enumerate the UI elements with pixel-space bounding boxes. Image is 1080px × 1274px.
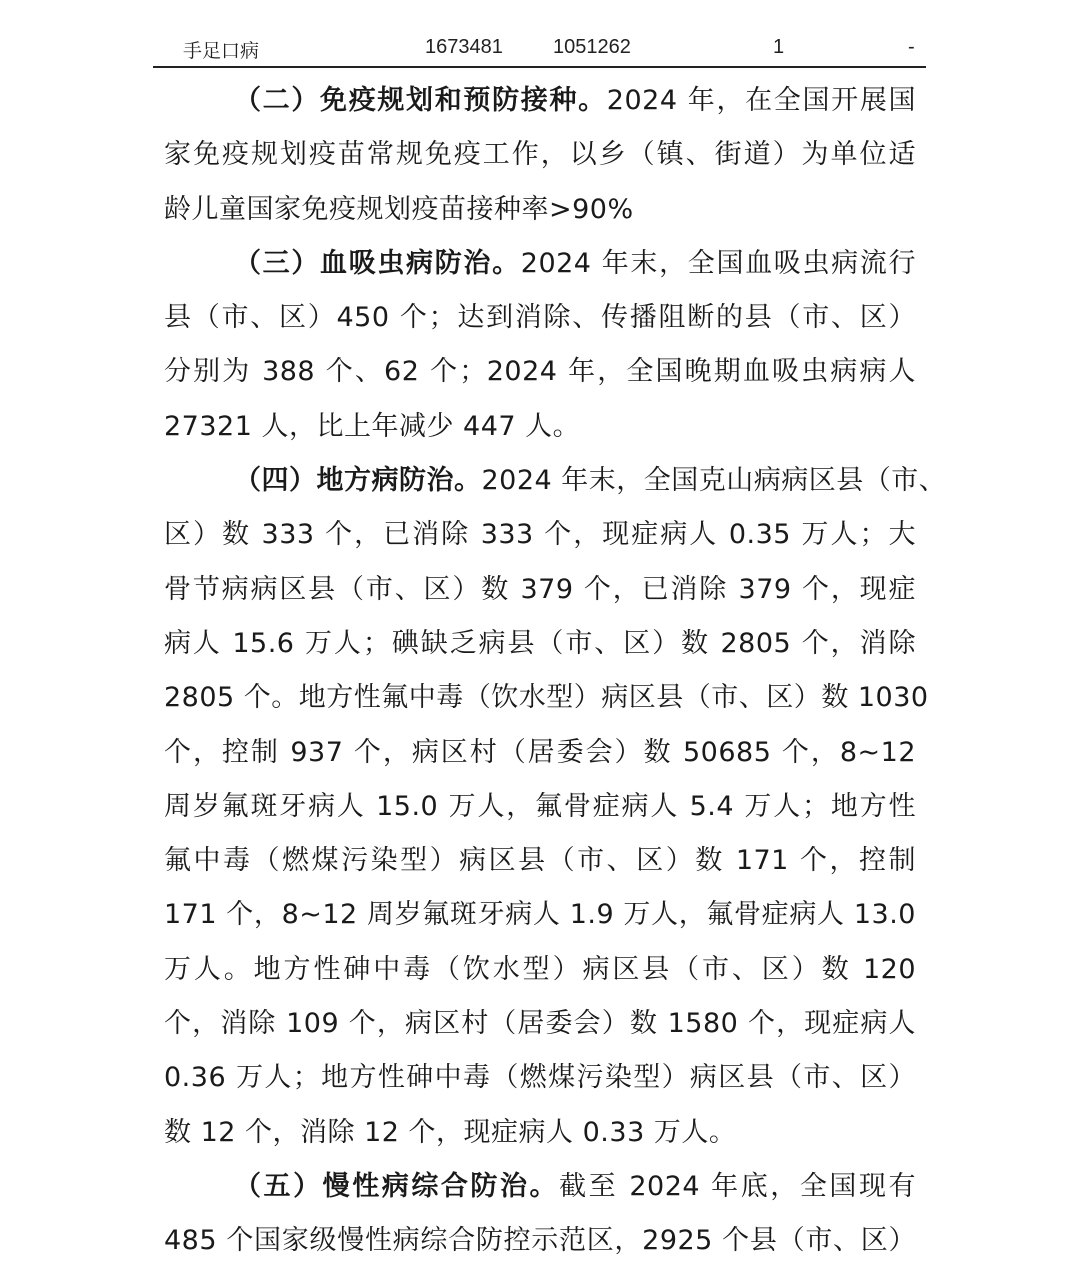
section-heading-immunization: （二）免疫规划和预防接种。 [234, 85, 607, 116]
section-chronic-line-2: 485 个国家级慢性病综合防控示范区，2925 个县（市、区） [164, 1218, 916, 1272]
value-cell-1: 1673481 [425, 36, 503, 59]
section-endemic-line-2: 区）数 333 个，已消除 333 个，现症病人 0.35 万人；大 [164, 512, 916, 566]
section-endemic-line-10: 万人。地方性砷中毒（饮水型）病区县（市、区）数 120 [164, 947, 916, 1001]
section-schistosomiasis-line-2: 县（市、区）450 个；达到消除、传播阻断的县（市、区） [164, 295, 916, 349]
section-schistosomiasis-line-3: 分别为 388 个、62 个；2024 年，全国晚期血吸虫病病人 [164, 349, 916, 403]
section-endemic-line-7: 周岁氟斑牙病人 15.0 万人，氟骨症病人 5.4 万人；地方性 [164, 784, 916, 838]
section-heading-schistosomiasis: （三）血吸虫病防治。 [234, 248, 521, 279]
section-immunization-line-3: 龄儿童国家免疫规划疫苗接种率>90% [164, 187, 916, 241]
section-endemic-line-11: 个，消除 109 个，病区村（居委会）数 1580 个，现症病人 [164, 1001, 916, 1055]
section-schistosomiasis-line-4: 27321 人，比上年减少 447 人。 [164, 404, 916, 458]
table-tail-row: 手足口病 1673481 1051262 1 - [153, 30, 926, 68]
disease-name-cell: 手足口病 [183, 36, 259, 63]
section-endemic-line-6: 个，控制 937 个，病区村（居委会）数 50685 个，8~12 [164, 730, 916, 784]
section-schistosomiasis-line-1: （三）血吸虫病防治。2024 年末，全国血吸虫病流行 [164, 241, 916, 295]
section-endemic-line-3: 骨节病病区县（市、区）数 379 个，已消除 379 个，现症 [164, 567, 916, 621]
document-body: （二）免疫规划和预防接种。2024 年，在全国开展国 家免疫规划疫苗常规免疫工作… [164, 78, 916, 1273]
section-immunization-line-2: 家免疫规划疫苗常规免疫工作，以乡（镇、街道）为单位适 [164, 132, 916, 186]
section-endemic-line-13: 数 12 个，消除 12 个，现症病人 0.33 万人。 [164, 1110, 916, 1164]
section-chronic-line-1: （五）慢性病综合防治。截至 2024 年底，全国现有 [164, 1164, 916, 1218]
section-endemic-line-12: 0.36 万人；地方性砷中毒（燃煤污染型）病区县（市、区） [164, 1055, 916, 1109]
section-immunization-line-1: （二）免疫规划和预防接种。2024 年，在全国开展国 [164, 78, 916, 132]
value-cell-4: - [908, 36, 915, 59]
value-cell-3: 1 [773, 36, 784, 59]
value-cell-2: 1051262 [553, 36, 631, 59]
section-heading-endemic: （四）地方病防治。 [234, 465, 482, 496]
section-endemic-line-8: 氟中毒（燃煤污染型）病区县（市、区）数 171 个，控制 [164, 838, 916, 892]
section-endemic-line-5: 2805 个。地方性氟中毒（饮水型）病区县（市、区）数 1030 [164, 675, 916, 729]
section-endemic-line-4: 病人 15.6 万人；碘缺乏病县（市、区）数 2805 个，消除 [164, 621, 916, 675]
section-heading-chronic: （五）慢性病综合防治。 [234, 1171, 559, 1202]
section-endemic-line-9: 171 个，8~12 周岁氟斑牙病人 1.9 万人，氟骨症病人 13.0 [164, 892, 916, 946]
section-endemic-line-1: （四）地方病防治。2024 年末，全国克山病病区县（市、 [164, 458, 916, 512]
